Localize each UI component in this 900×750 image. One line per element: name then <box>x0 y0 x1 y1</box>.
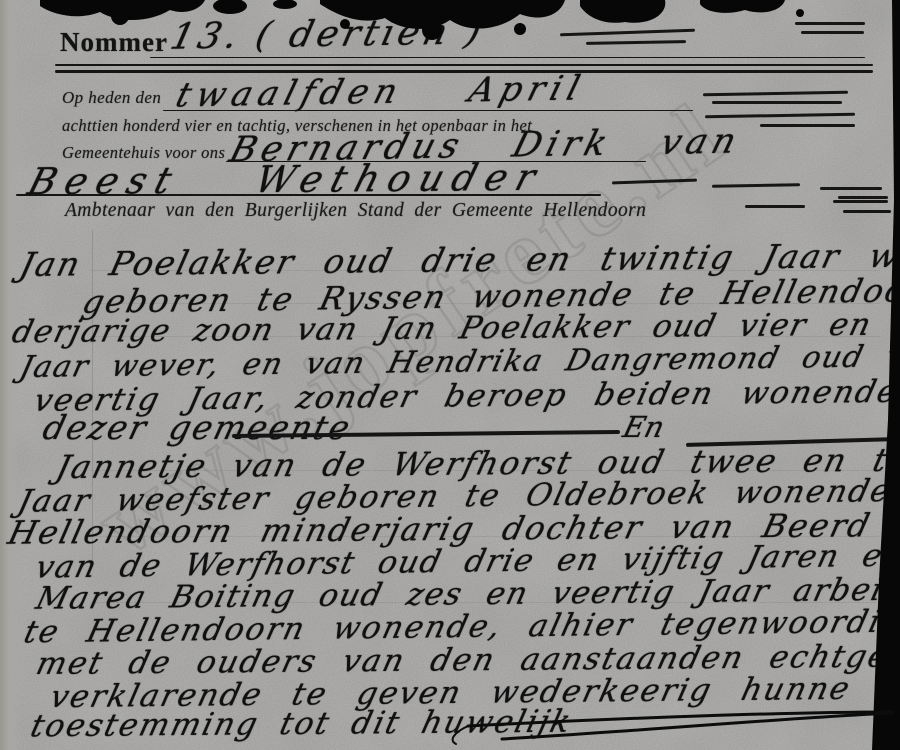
flourish-dash <box>843 210 891 213</box>
paper-left-edge <box>0 0 20 750</box>
registrar-line-printed: Ambtenaar van den Burgerlijken Stand der… <box>65 200 646 222</box>
flourish-dash <box>712 183 800 187</box>
flourish-dash <box>801 31 864 34</box>
official-name-handwritten-2: Beest Wethouder <box>23 156 549 203</box>
date-handwritten: twaalfden April <box>172 68 590 115</box>
fill-in-underline <box>150 57 865 58</box>
body-line: toestemming tot dit huwelijk <box>27 704 576 745</box>
flourish-dash <box>820 187 882 190</box>
flourish-dash <box>703 91 848 96</box>
flourish-dash <box>560 29 695 36</box>
flourish-dash <box>745 205 805 208</box>
flourish-dash <box>833 200 888 203</box>
flourish-dash <box>795 22 865 25</box>
number-value-handwritten: 13. ( dertien ) <box>167 11 490 57</box>
flourish-dash <box>760 124 855 127</box>
flourish-dash <box>586 40 686 44</box>
number-label: Nommer <box>60 27 168 58</box>
fill-in-underline <box>16 194 601 196</box>
date-intro-printed: Op heden den <box>62 88 161 108</box>
flourish-dash <box>838 196 888 199</box>
body-line-en: En <box>620 410 668 444</box>
flourish-dash <box>712 101 842 104</box>
scanned-marriage-record: www.jopfrete.nl Nommer 13. ( dertien ) O… <box>0 0 900 750</box>
body-line: dezer gemeente <box>39 408 356 447</box>
header-divider-thin <box>55 64 873 66</box>
flourish-dash <box>705 113 855 118</box>
fill-in-underline <box>163 110 693 111</box>
